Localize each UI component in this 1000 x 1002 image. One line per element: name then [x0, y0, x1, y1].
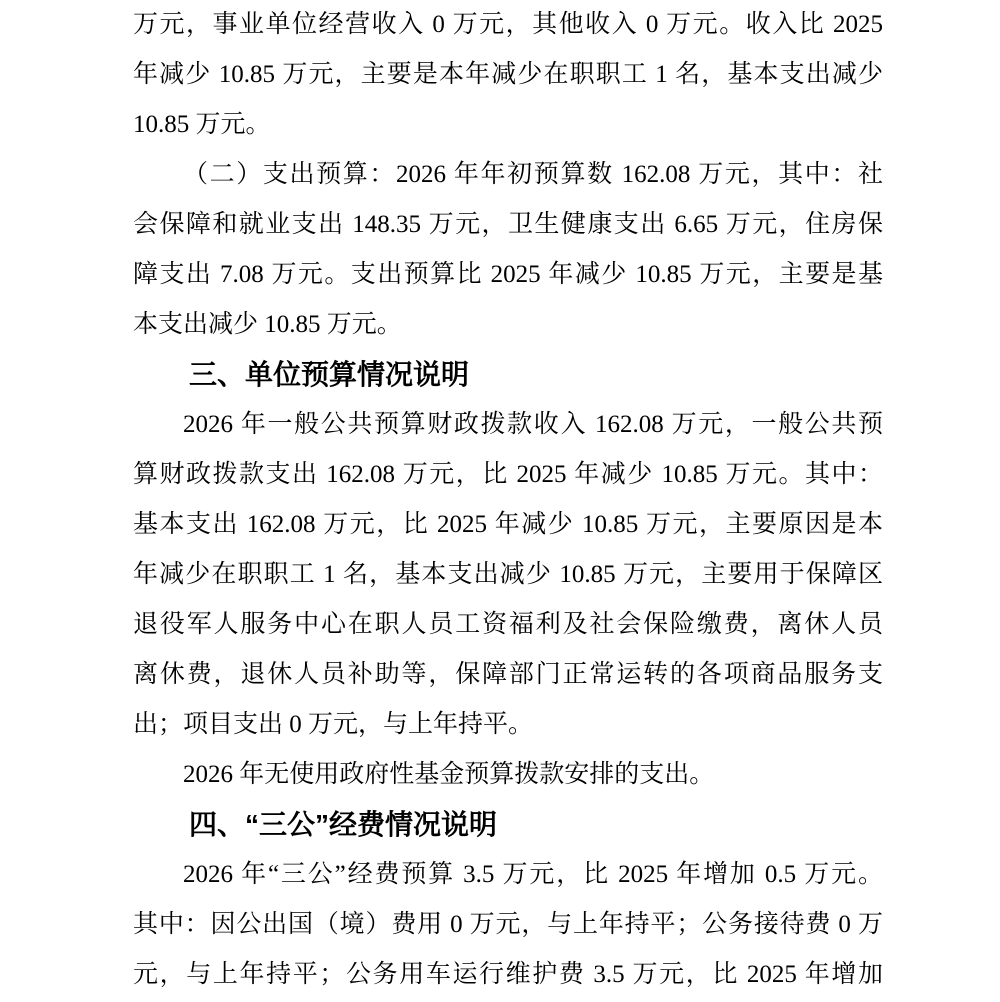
- document-page: 万元，事业单位经营收入 0 万元，其他收入 0 万元。收入比 2025 年减少 …: [0, 0, 1000, 1002]
- text-line: 元，与上年持平；公务用车运行维护费 3.5 万元，比 2025 年增加: [133, 950, 883, 1000]
- text-line: 其中：因公出国（境）费用 0 万元，与上年持平；公务接待费 0 万: [133, 900, 883, 950]
- text-line: 2026 年无使用政府性基金预算拨款安排的支出。: [133, 750, 883, 800]
- text-line: 10.85 万元。: [133, 100, 883, 150]
- text-line: 算财政拨款支出 162.08 万元，比 2025 年减少 10.85 万元。其中…: [133, 450, 883, 500]
- document-content: 万元，事业单位经营收入 0 万元，其他收入 0 万元。收入比 2025 年减少 …: [133, 0, 883, 1000]
- text-line: 会保障和就业支出 148.35 万元，卫生健康支出 6.65 万元，住房保: [133, 200, 883, 250]
- paragraph-unit-budget-explanation: 2026 年一般公共预算财政拨款收入 162.08 万元，一般公共预 算财政拨款…: [133, 400, 883, 750]
- text-line: 2026 年“三公”经费预算 3.5 万元，比 2025 年增加 0.5 万元。: [133, 850, 883, 900]
- text-line: 离休费，退休人员补助等，保障部门正常运转的各项商品服务支: [133, 650, 883, 700]
- paragraph-expenditure-budget: （二）支出预算：2026 年年初预算数 162.08 万元，其中：社 会保障和就…: [133, 150, 883, 350]
- section-heading: 四、“三公”经费情况说明: [133, 800, 883, 850]
- text-line: 出；项目支出 0 万元，与上年持平。: [133, 700, 883, 750]
- text-line: （二）支出预算：2026 年年初预算数 162.08 万元，其中：社: [133, 150, 883, 200]
- text-line: 年减少 10.85 万元，主要是本年减少在职职工 1 名，基本支出减少: [133, 50, 883, 100]
- text-line: 退役军人服务中心在职人员工资福利及社会保险缴费，离休人员: [133, 600, 883, 650]
- text-line: 年减少在职职工 1 名，基本支出减少 10.85 万元，主要用于保障区: [133, 550, 883, 600]
- text-line: 本支出减少 10.85 万元。: [133, 300, 883, 350]
- text-line: 2026 年一般公共预算财政拨款收入 162.08 万元，一般公共预: [133, 400, 883, 450]
- text-line: 万元，事业单位经营收入 0 万元，其他收入 0 万元。收入比 2025: [133, 0, 883, 50]
- text-line: 障支出 7.08 万元。支出预算比 2025 年减少 10.85 万元，主要是基: [133, 250, 883, 300]
- text-line: 基本支出 162.08 万元，比 2025 年减少 10.85 万元，主要原因是…: [133, 500, 883, 550]
- section-heading: 三、单位预算情况说明: [133, 350, 883, 400]
- paragraph-revenue-continuation: 万元，事业单位经营收入 0 万元，其他收入 0 万元。收入比 2025 年减少 …: [133, 0, 883, 150]
- paragraph-government-fund: 2026 年无使用政府性基金预算拨款安排的支出。: [133, 750, 883, 800]
- heading-section-three: 三、单位预算情况说明: [133, 350, 883, 400]
- heading-section-four: 四、“三公”经费情况说明: [133, 800, 883, 850]
- paragraph-three-public-funds: 2026 年“三公”经费预算 3.5 万元，比 2025 年增加 0.5 万元。…: [133, 850, 883, 1000]
